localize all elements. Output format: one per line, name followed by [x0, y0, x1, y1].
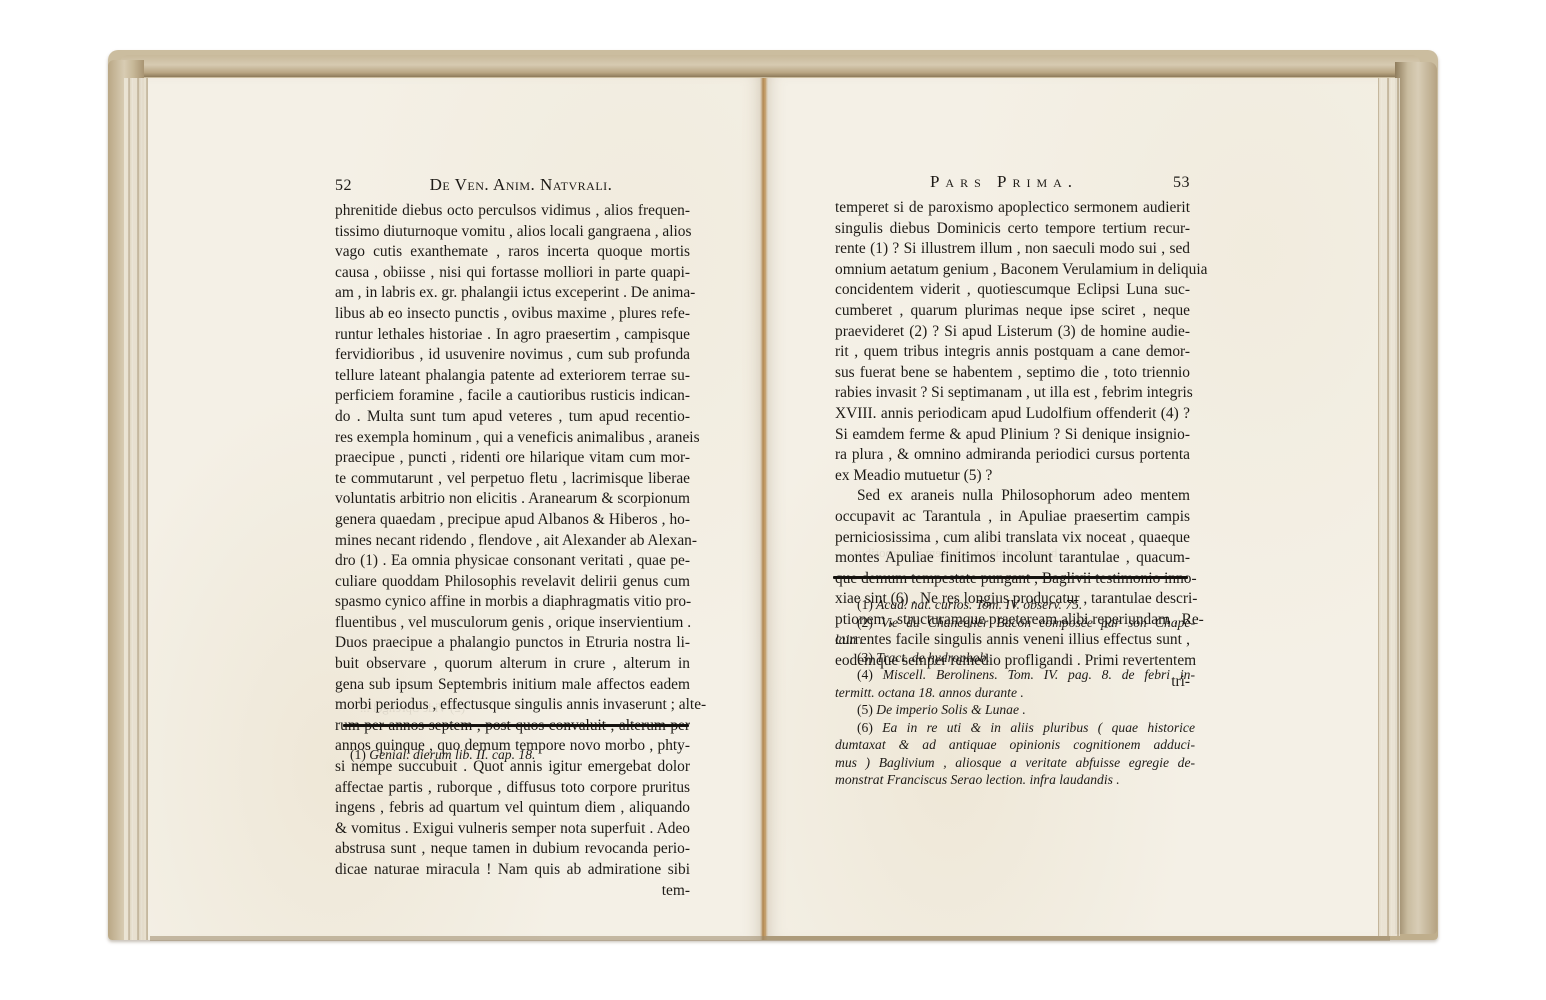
text-line: omnium aetatum genium , Baconem Verulami… — [835, 260, 1190, 281]
text-line: Duos praecipue a phalangio punctos in Et… — [335, 633, 690, 654]
text-line: voluntatis arbitrio non elicitis . Arane… — [335, 489, 690, 510]
footnote-number: (1) — [857, 597, 873, 612]
text-line: praecipue , puncti , ridenti ore hilariq… — [335, 448, 690, 469]
footnote-rule — [833, 576, 1188, 579]
text-line: rit , quem tribus integris annis postqua… — [835, 342, 1190, 363]
footnote-text: Genial. dierum lib. II. cap. 18. — [369, 747, 535, 762]
footnote: termitt. octana 18. annos durante . — [835, 684, 1195, 702]
footnote-text: dumtaxat & ad antiquae opinionis cogniti… — [835, 737, 1195, 752]
text-line: ingens , febris ad quartum vel quintum d… — [335, 798, 690, 819]
text-line: te commutarunt , vel perpetuo fletu , la… — [335, 469, 690, 490]
running-head-title: Pars Prima. — [835, 172, 1173, 192]
text-line: dicae naturae miracula ! Nam quis ab adm… — [335, 860, 690, 881]
text-line: runtur lethales historiae . In agro prae… — [335, 325, 690, 346]
text-line: perficiem foramine , facile a cautioribu… — [335, 386, 690, 407]
left-footnotes: (1) Genial. dierum lib. II. cap. 18. — [350, 746, 690, 764]
footnote-text: Vie du Chancelier Bacon composée par son… — [881, 615, 1195, 630]
text-line: Si eamdem ferme & apud Plinium ? Si deni… — [835, 425, 1190, 446]
footnote-rule — [343, 724, 689, 727]
footnote: lain . — [835, 631, 1195, 649]
text-line: gena sub ipsum Septembris initium male a… — [335, 675, 690, 696]
footnote-number: (6) — [857, 720, 873, 735]
text-line: rente (1) ? Si illustrem illum , non sae… — [835, 239, 1190, 260]
text-line: libus ab eo insecto punctis , ovibus max… — [335, 304, 690, 325]
text-line: affectae partis , ruborque , diffusus to… — [335, 778, 690, 799]
footnote-text: Miscell. Berolinens. Tom. IV. pag. 8. de… — [883, 667, 1195, 682]
footnote-text: mus ) Baglivium , aliosque a veritate ab… — [835, 755, 1195, 770]
right-running-head: Pars Prima. 53 — [835, 172, 1190, 198]
text-line: am , in labris ex. gr. phalangii ictus e… — [335, 283, 690, 304]
text-line: fervidioribus , id usuvenire novimus , c… — [335, 345, 690, 366]
footnote-number: (4) — [857, 667, 873, 682]
cover-top-edge — [120, 55, 1420, 77]
text-line: dro (1) . Ea omnia physicae consonant ve… — [335, 551, 690, 572]
left-running-head: 52 De Ven. Anim. Natvrali. — [335, 175, 690, 201]
text-line: temperet si de paroxismo apoplectico ser… — [835, 198, 1190, 219]
footnote-text: lain . — [835, 632, 863, 647]
footnote-number: (3) — [857, 650, 873, 665]
text-line: XVIII. annis periodicam apud Ludolfium o… — [835, 404, 1190, 425]
text-line: buit observare , quorum alterum in crure… — [335, 654, 690, 675]
footnote: (1) Genial. dierum lib. II. cap. 18. — [350, 746, 690, 764]
text-line: ra plura , & omnino admiranda periodici … — [835, 445, 1190, 466]
text-line: Sed ex araneis nulla Philosophorum adeo … — [835, 486, 1190, 507]
text-line: phrenitide diebus octo perculsos vidimus… — [335, 201, 690, 222]
footnote-text: Tract. de hydrophob. — [876, 650, 990, 665]
footnote-number: (5) — [857, 702, 873, 717]
text-line: cumberet , quarum plurimas neque ipse sc… — [835, 301, 1190, 322]
footnote: mus ) Baglivium , aliosque a veritate ab… — [835, 754, 1195, 772]
gutter-binding-thread — [760, 78, 768, 940]
text-line: morbi periodus , effectusque singulis an… — [335, 695, 690, 716]
text-line: vago cutis exanthemate , raros incerta q… — [335, 242, 690, 263]
text-line: spasmo cynico affine in morbis a diaphra… — [335, 592, 690, 613]
left-body-text: phrenitide diebus octo perculsos vidimus… — [335, 201, 690, 881]
right-footnotes: (1) Acad. nat. curios. Tom. IV. observ. … — [835, 596, 1195, 789]
text-line: concidentem viderit , quotiescumque Ecli… — [835, 280, 1190, 301]
text-line: culiare quoddam Philosophis revelavit de… — [335, 572, 690, 593]
footnote-number: (1) — [350, 747, 366, 762]
text-line: causa , obiisse , nisi qui fortasse moll… — [335, 263, 690, 284]
text-line: rabies invasit ? Si septimanam , ut illa… — [835, 383, 1190, 404]
footnote-text: De imperio Solis & Lunae . — [876, 702, 1026, 717]
text-line: abstrusa sunt , neque tamen in dubium re… — [335, 839, 690, 860]
text-line: do . Multa sunt tum apud veteres , tum a… — [335, 407, 690, 428]
footnote: (1) Acad. nat. curios. Tom. IV. observ. … — [835, 596, 1195, 614]
text-line: montes Apuliae finitimos incolunt tarant… — [835, 548, 1190, 569]
text-line: & vomitus . Exigui vulneris semper nota … — [335, 819, 690, 840]
page-number: 52 — [335, 177, 352, 195]
footnote-text: monstrat Franciscus Serao lection. infra… — [835, 772, 1120, 787]
footnote-text: Ea in re uti & in aliis pluribus ( quae … — [882, 720, 1195, 735]
text-line: sus fuerat bene se habentem , septimo di… — [835, 363, 1190, 384]
footnote: (6) Ea in re uti & in aliis pluribus ( q… — [835, 719, 1195, 737]
book-photo: bene aestimasse adhorem in corporibus ..… — [0, 0, 1546, 1000]
book-bottom-edge — [150, 936, 1390, 941]
cover-right-edge — [1395, 62, 1437, 934]
text-line: singulis diebus Dominicis certo tempore … — [835, 219, 1190, 240]
running-head-title: De Ven. Anim. Natvrali. — [352, 175, 690, 195]
footnote-number: (2) — [857, 615, 873, 630]
text-line: praevideret (2) ? Si apud Listerum (3) d… — [835, 322, 1190, 343]
footnote: (5) De imperio Solis & Lunae . — [835, 701, 1195, 719]
footnote: dumtaxat & ad antiquae opinionis cogniti… — [835, 736, 1195, 754]
left-page-text: 52 De Ven. Anim. Natvrali. phrenitide di… — [335, 175, 690, 901]
text-line: tissimo diuturnoque vomitu , alios local… — [335, 222, 690, 243]
footnote-text: termitt. octana 18. annos durante . — [835, 685, 1024, 700]
footnote: monstrat Franciscus Serao lection. infra… — [835, 771, 1195, 789]
footnote-text: Acad. nat. curios. Tom. IV. observ. 75. — [876, 597, 1082, 612]
footnote: (3) Tract. de hydrophob. — [835, 649, 1195, 667]
page-number: 53 — [1173, 174, 1190, 192]
text-line: fluentibus , vel musculorum genis , oriq… — [335, 613, 690, 634]
text-line: ex Meadio mutuetur (5) ? — [835, 466, 1190, 487]
text-line: mines necant ridendo , flendove , ait Al… — [335, 531, 690, 552]
text-line: occupavit ac Tarantula , in Apuliae prae… — [835, 507, 1190, 528]
text-line: res exempla hominum , qui a veneficis an… — [335, 428, 690, 449]
text-line: perniciosissima , cum alibi translata vi… — [835, 528, 1190, 549]
footnote: (4) Miscell. Berolinens. Tom. IV. pag. 8… — [835, 666, 1195, 684]
text-line: genera quaedam , precipue apud Albanos &… — [335, 510, 690, 531]
footnote: (2) Vie du Chancelier Bacon composée par… — [835, 614, 1195, 632]
text-line: tellure lateant phalangia patente ad ext… — [335, 366, 690, 387]
catchword: tem- — [335, 881, 690, 902]
